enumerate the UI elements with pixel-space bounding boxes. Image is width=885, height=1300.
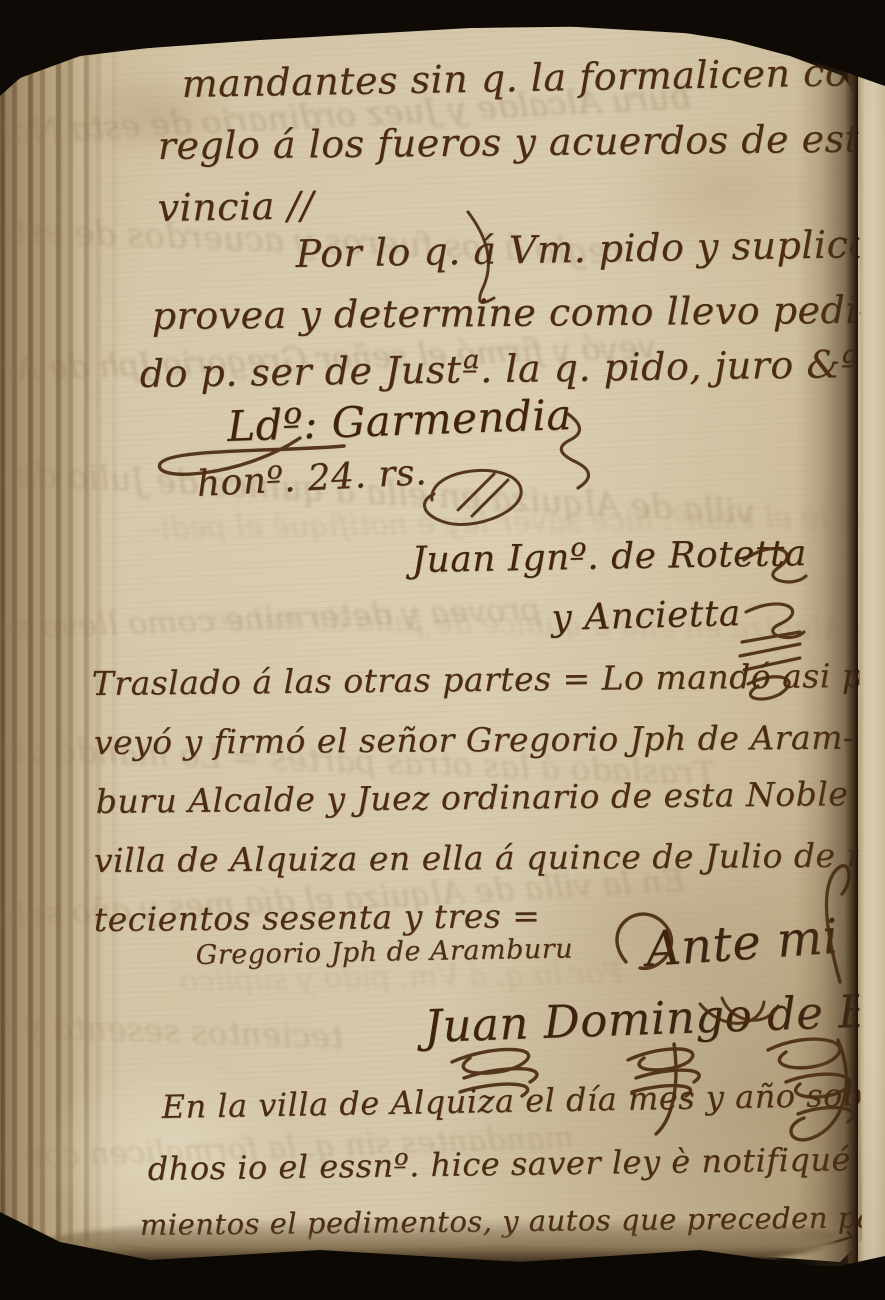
- notification-line-1: En la villa de Alquiza el día mes y año …: [161, 1075, 885, 1126]
- petition-line-6: do p. ser de Justª. la q. pido, juro &ª.: [139, 342, 872, 396]
- petition-line-2: reglo á los fueros y acuerdos de esta Pr…: [158, 115, 885, 168]
- manuscript-page: buru Alcalde y Juez ordinario de esta No…: [0, 0, 885, 1300]
- decree-line-4: villa de Alquiza en ella á quince de Jul…: [94, 835, 885, 880]
- petition-line-5: provea y determine como llevo pedi-: [152, 288, 872, 338]
- decree-line-3: buru Alcalde y Juez ordinario de esta No…: [96, 774, 849, 821]
- bleedthrough-text: villa de Alquiza en ella á quince de Jul…: [200, 601, 885, 649]
- petition-line-4: Por lo q. á Vm. pido y suplico: [295, 222, 872, 276]
- decree-line-1: Traslado á las otras partes = Lo mandó a…: [92, 655, 885, 703]
- petition-line-1: mandantes sin q. la formalicen con ar-: [181, 49, 885, 106]
- aramburu-signature: Gregorio Jph de Aramburu: [195, 933, 573, 971]
- decree-line-2: veyó y firmó el señor Gregorio Jph de Ar…: [94, 718, 855, 762]
- page-gutter-shadow: [796, 56, 858, 1266]
- garmendia-signature: Ldº: Garmendia: [226, 390, 572, 451]
- decree-line-5: tecientos sesenta y tres =: [94, 896, 541, 939]
- manuscript-photo: buru Alcalde y Juez ordinario de esta No…: [0, 0, 885, 1300]
- rotetta-signature-line-1: Juan Ignº. de Rotetta: [411, 533, 807, 581]
- petition-line-3: vincia //: [157, 183, 314, 230]
- rotetta-signature-line-2: y Ancietta: [551, 593, 741, 639]
